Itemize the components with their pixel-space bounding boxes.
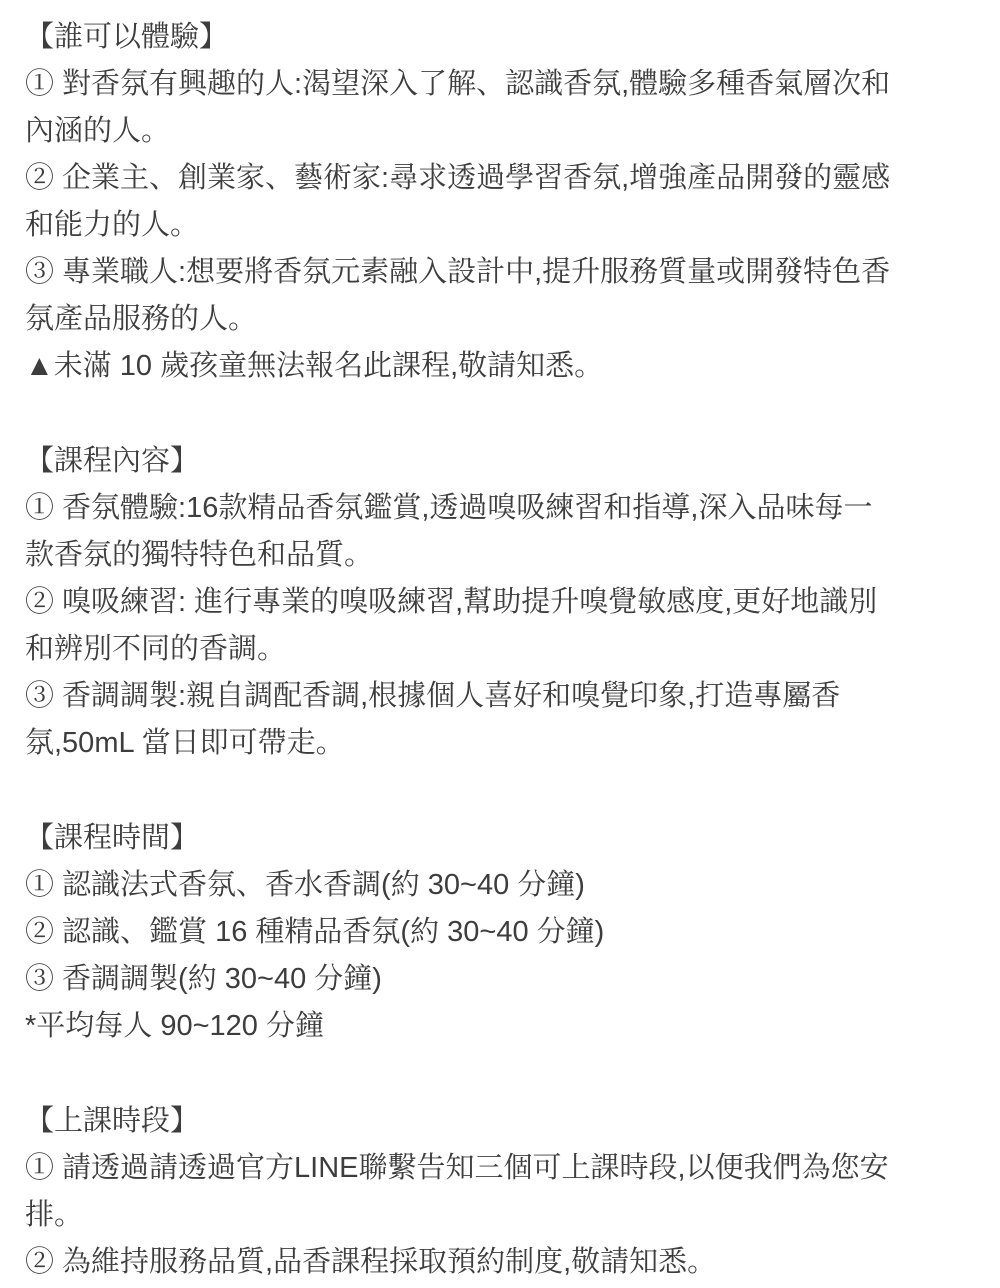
text-line: 氛產品服務的人。 xyxy=(25,296,980,343)
text-line: ② 企業主、創業家、藝術家:尋求透過學習香氛,增強產品開發的靈感 xyxy=(25,155,980,202)
text-line: ① 請透過請透過官方LINE聯繫告知三個可上課時段,以便我們為您安 xyxy=(25,1145,980,1192)
text-line: ① 對香氛有興趣的人:渴望深入了解、認識香氛,體驗多種香氣層次和 xyxy=(25,61,980,108)
text-line: ③ 專業職人:想要將香氛元素融入設計中,提升服務質量或開發特色香 xyxy=(25,249,980,296)
text-line: 排。 xyxy=(25,1192,980,1239)
text-line: 和能力的人。 xyxy=(25,202,980,249)
section-heading: 【課程時間】 xyxy=(25,815,980,862)
text-line: ③ 香調調製:親自調配香調,根據個人喜好和嗅覺印象,打造專屬香 xyxy=(25,673,980,720)
text-line: ② 嗅吸練習: 進行專業的嗅吸練習,幫助提升嗅覺敏感度,更好地識別 xyxy=(25,579,980,626)
text-line: 和辨別不同的香調。 xyxy=(25,626,980,673)
text-line: ② 認識、鑑賞 16 種精品香氛(約 30~40 分鐘) xyxy=(25,909,980,956)
section-who-can-experience: 【誰可以體驗】① 對香氛有興趣的人:渴望深入了解、認識香氛,體驗多種香氣層次和內… xyxy=(25,14,980,390)
text-line: *平均每人 90~120 分鐘 xyxy=(25,1003,980,1050)
text-line: ▲未滿 10 歲孩童無法報名此課程,敬請知悉。 xyxy=(25,343,980,390)
section-course-content: 【課程內容】① 香氛體驗:16款精品香氛鑑賞,透過嗅吸練習和指導,深入品味每一款… xyxy=(25,438,980,767)
text-line: ① 香氛體驗:16款精品香氛鑑賞,透過嗅吸練習和指導,深入品味每一 xyxy=(25,485,980,532)
text-line: 款香氛的獨特特色和品質。 xyxy=(25,532,980,579)
section-heading: 【上課時段】 xyxy=(25,1098,980,1145)
course-description-document: 【誰可以體驗】① 對香氛有興趣的人:渴望深入了解、認識香氛,體驗多種香氣層次和內… xyxy=(0,0,1000,1286)
text-line: 氛,50mL 當日即可帶走。 xyxy=(25,720,980,767)
section-course-duration: 【課程時間】① 認識法式香氛、香水香調(約 30~40 分鐘)② 認識、鑑賞 1… xyxy=(25,815,980,1050)
text-line: 內涵的人。 xyxy=(25,108,980,155)
text-line: ② 為維持服務品質,品香課程採取預約制度,敬請知悉。 xyxy=(25,1239,980,1286)
text-line: ③ 香調調製(約 30~40 分鐘) xyxy=(25,956,980,1003)
section-class-schedule: 【上課時段】① 請透過請透過官方LINE聯繫告知三個可上課時段,以便我們為您安排… xyxy=(25,1098,980,1286)
section-heading: 【誰可以體驗】 xyxy=(25,14,980,61)
text-line: ① 認識法式香氛、香水香調(約 30~40 分鐘) xyxy=(25,862,980,909)
section-heading: 【課程內容】 xyxy=(25,438,980,485)
